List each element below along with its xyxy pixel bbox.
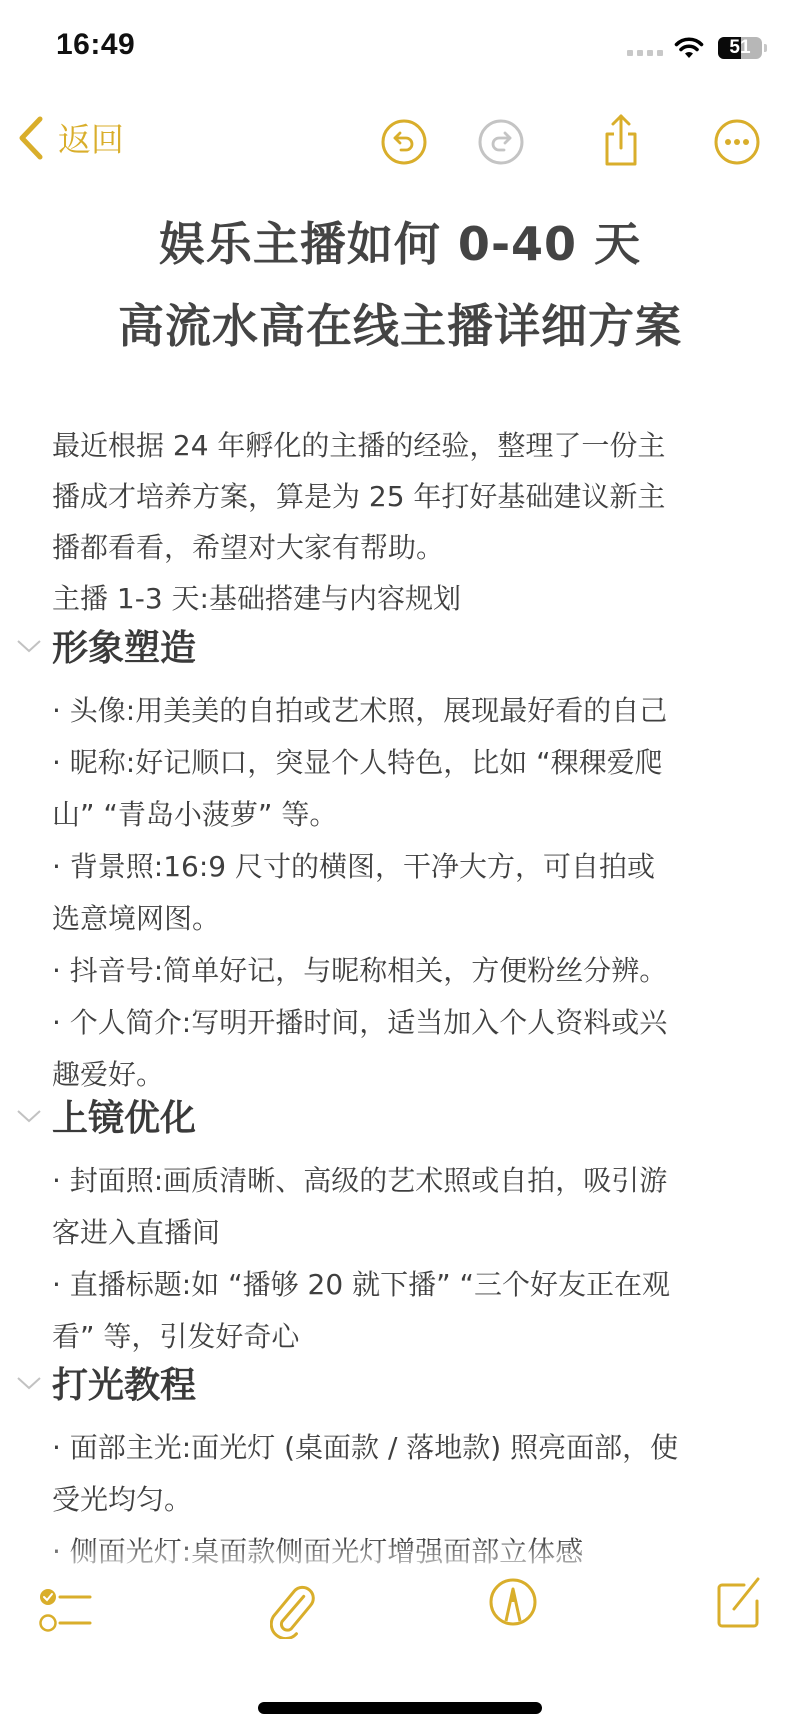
status-bar: 16:49 51	[0, 0, 800, 90]
note-title-line-1: 娱乐主播如何 0-40 天	[0, 208, 800, 274]
undo-icon	[380, 118, 428, 166]
section-heading: 打光教程	[52, 1357, 196, 1408]
list-item: · 直播标题:如 “播够 20 就下播” “三个好友正在观	[52, 1263, 670, 1303]
list-item: · 头像:用美美的自拍或艺术照，展现最好看的自己	[52, 689, 667, 729]
attachment-button[interactable]	[270, 1577, 316, 1639]
list-item: · 昵称:好记顺口，突显个人特色，比如 “稞稞爱爬	[52, 741, 663, 781]
bottom-toolbar	[0, 1575, 800, 1655]
cellular-signal-icon	[627, 50, 663, 56]
markup-icon	[488, 1577, 538, 1627]
collapse-chevron-icon[interactable]	[16, 638, 42, 654]
collapse-chevron-icon[interactable]	[16, 1375, 42, 1391]
nav-bar: 返回	[0, 100, 800, 180]
markup-button[interactable]	[488, 1577, 538, 1627]
list-item: · 抖音号:简单好记，与昵称相关，方便粉丝分辨。	[52, 949, 667, 989]
intro-line: 播成才培养方案，算是为 25 年打好基础建议新主	[52, 475, 665, 515]
battery-icon: 51	[718, 37, 762, 59]
more-button[interactable]	[713, 118, 761, 166]
battery-tip	[764, 44, 767, 52]
chevron-left-icon	[16, 115, 46, 161]
intro-line: 播都看看，希望对大家有帮助。	[52, 526, 444, 566]
list-item: 选意境网图。	[52, 897, 220, 937]
section-heading: 上镜优化	[52, 1090, 196, 1141]
note-title-line-2: 高流水高在线主播详细方案	[0, 290, 800, 356]
list-item: 看” 等，引发好奇心	[52, 1315, 299, 1355]
list-item: 山” “青岛小菠萝” 等。	[52, 793, 337, 833]
list-item: · 个人简介:写明开播时间，适当加入个人资料或兴	[52, 1001, 667, 1041]
back-label: 返回	[58, 114, 124, 161]
checklist-button[interactable]	[38, 1587, 94, 1637]
list-item: 受光均匀。	[52, 1478, 192, 1518]
intro-line: 最近根据 24 年孵化的主播的经验，整理了一份主	[52, 424, 665, 464]
list-item: · 封面照:画质清晰、高级的艺术照或自拍，吸引游	[52, 1159, 667, 1199]
list-item: · 面部主光:面光灯 (桌面款 / 落地款) 照亮面部，使	[52, 1426, 678, 1466]
redo-icon	[477, 118, 525, 166]
status-time: 16:49	[56, 28, 135, 62]
checklist-icon	[38, 1587, 94, 1637]
compose-icon	[714, 1575, 764, 1629]
share-button[interactable]	[597, 112, 645, 168]
intro-line: 主播 1-3 天:基础搭建与内容规划	[52, 577, 461, 617]
more-icon	[713, 118, 761, 166]
list-item: · 背景照:16:9 尺寸的横图，干净大方，可自拍或	[52, 845, 655, 885]
battery-percent: 51	[718, 37, 762, 59]
undo-button[interactable]	[380, 118, 428, 166]
share-icon	[597, 112, 645, 168]
section-heading: 形象塑造	[52, 620, 196, 671]
attachment-icon	[270, 1577, 316, 1639]
wifi-icon	[674, 36, 704, 60]
collapse-chevron-icon[interactable]	[16, 1108, 42, 1124]
back-button[interactable]: 返回	[16, 114, 124, 161]
list-item: 趣爱好。	[52, 1053, 164, 1093]
home-indicator[interactable]	[258, 1702, 542, 1714]
redo-button[interactable]	[477, 118, 525, 166]
compose-button[interactable]	[714, 1575, 764, 1629]
list-item: 客进入直播间	[52, 1211, 220, 1251]
